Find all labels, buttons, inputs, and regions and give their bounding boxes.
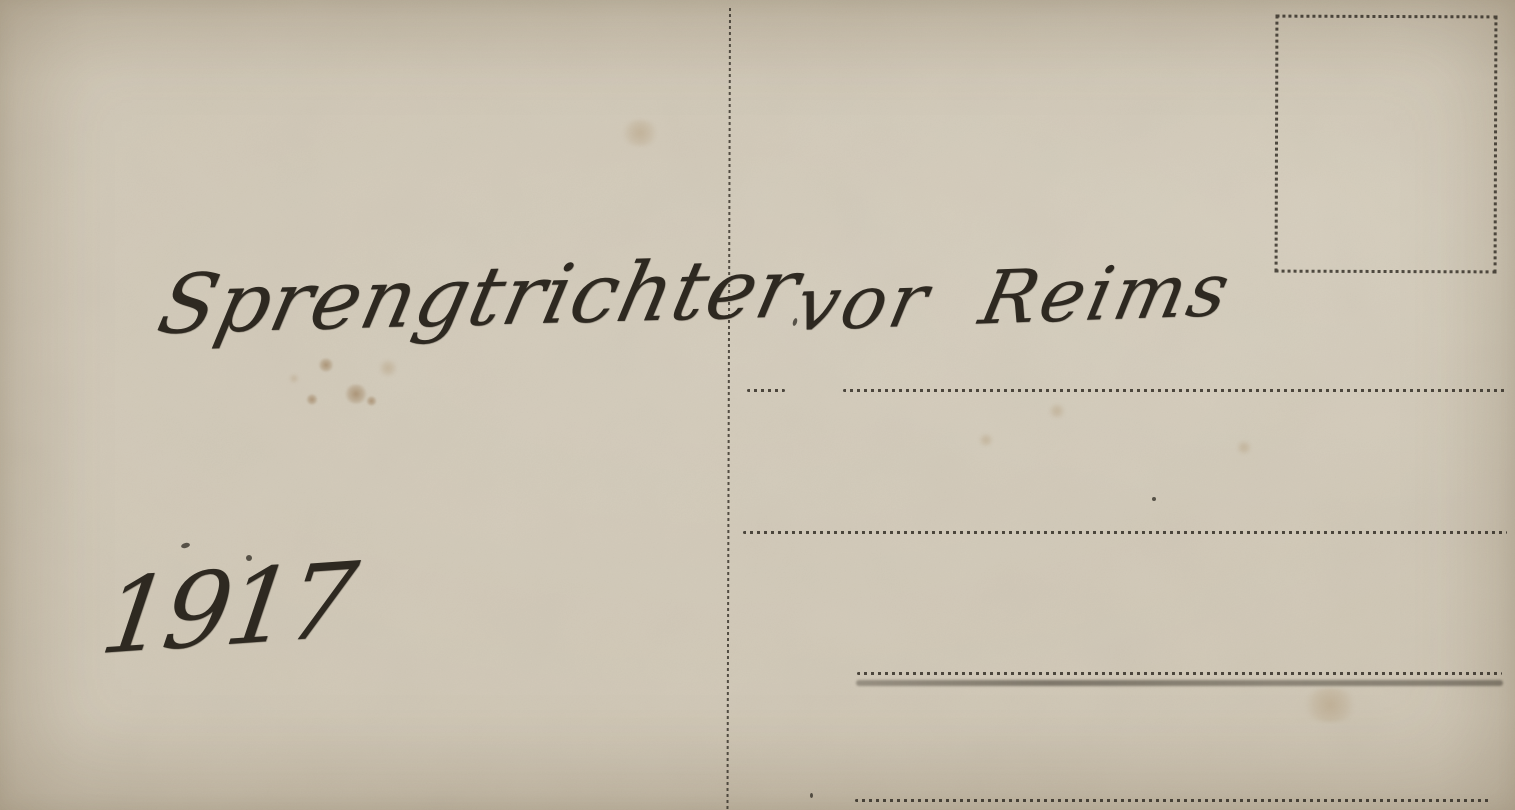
foxing-spot — [366, 396, 377, 406]
address-line-1-segment-a — [747, 389, 785, 392]
foxing-spot — [1048, 404, 1066, 418]
foxing-spot — [978, 434, 994, 446]
address-line-2 — [743, 531, 1507, 534]
address-line-3 — [857, 672, 1502, 675]
foxing-spot — [1300, 688, 1360, 722]
ink-fleck — [1152, 497, 1156, 501]
foxing-spot — [306, 394, 318, 405]
handwritten-caption-left: Sprengtrichter — [150, 241, 809, 353]
address-line-3-smudge — [856, 680, 1503, 686]
foxing-spot — [289, 374, 299, 383]
foxing-spot — [344, 384, 368, 404]
stamp-box — [1275, 15, 1498, 274]
ink-fleck — [810, 793, 813, 798]
handwritten-year: 1917 — [94, 539, 359, 678]
divider-line — [726, 8, 731, 810]
foxing-spot — [1236, 441, 1252, 454]
postcard-back: Sprengtrichter vor Reims 1917 — [0, 0, 1515, 810]
ink-fleck — [181, 542, 191, 549]
foxing-spot — [378, 360, 398, 376]
foxing-spot — [620, 120, 660, 146]
foxing-spot — [318, 358, 334, 372]
address-line-1-segment-b — [843, 389, 1505, 392]
address-line-4 — [855, 799, 1490, 802]
handwritten-caption-right: vor Reims — [788, 247, 1239, 348]
